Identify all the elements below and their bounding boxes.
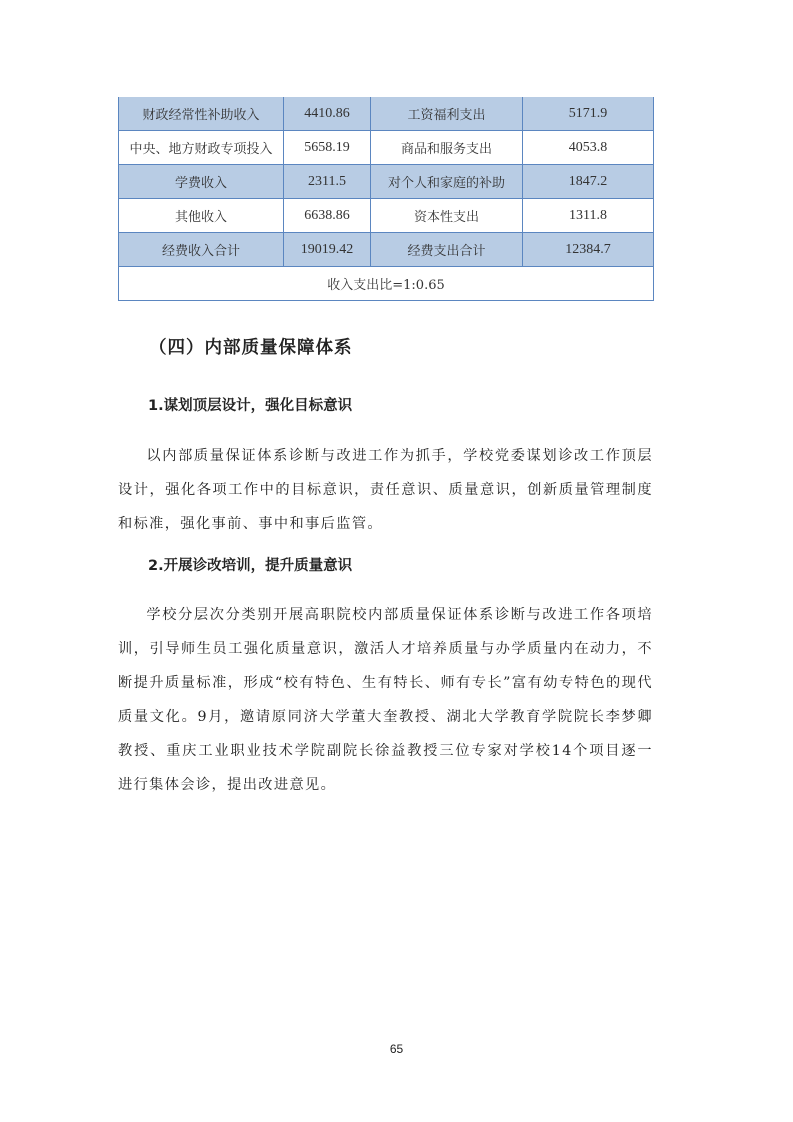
income-value: 2311.5 (284, 165, 371, 199)
expense-value: 4053.8 (523, 131, 654, 165)
table-row: 其他收入 6638.86 资本性支出 1311.8 (119, 199, 654, 233)
section-heading: （四）内部质量保障体系 (149, 334, 353, 359)
finance-table-container: 财政经常性补助收入 4410.86 工资福利支出 5171.9 中央、地方财政专… (118, 97, 653, 301)
income-label: 学费收入 (119, 165, 284, 199)
page-number: 65 (0, 1042, 793, 1056)
table-row-ratio: 收入支出比=1:0.65 (119, 267, 654, 301)
finance-table: 财政经常性补助收入 4410.86 工资福利支出 5171.9 中央、地方财政专… (118, 97, 654, 301)
expense-label: 资本性支出 (371, 199, 523, 233)
income-expense-ratio: 收入支出比=1:0.65 (119, 267, 654, 301)
expense-label: 工资福利支出 (371, 97, 523, 131)
income-total-value: 19019.42 (284, 233, 371, 267)
subsection-1-body: 以内部质量保证体系诊断与改进工作为抓手，学校党委谋划诊改工作顶层设计，强化各项工… (118, 439, 653, 541)
table-row: 财政经常性补助收入 4410.86 工资福利支出 5171.9 (119, 97, 654, 131)
income-value: 4410.86 (284, 97, 371, 131)
income-value: 6638.86 (284, 199, 371, 233)
subsection-2-body: 学校分层次分类别开展高职院校内部质量保证体系诊断与改进工作各项培训，引导师生员工… (118, 598, 653, 802)
expense-total-label: 经费支出合计 (371, 233, 523, 267)
income-value: 5658.19 (284, 131, 371, 165)
income-total-label: 经费收入合计 (119, 233, 284, 267)
subsection-2-heading: 2.开展诊改培训，提升质量意识 (148, 554, 352, 575)
income-label: 其他收入 (119, 199, 284, 233)
paragraph: 学校分层次分类别开展高职院校内部质量保证体系诊断与改进工作各项培训，引导师生员工… (118, 598, 653, 802)
paragraph: 以内部质量保证体系诊断与改进工作为抓手，学校党委谋划诊改工作顶层设计，强化各项工… (118, 439, 653, 541)
expense-value: 1311.8 (523, 199, 654, 233)
income-label: 中央、地方财政专项投入 (119, 131, 284, 165)
expense-total-value: 12384.7 (523, 233, 654, 267)
table-row: 中央、地方财政专项投入 5658.19 商品和服务支出 4053.8 (119, 131, 654, 165)
expense-label: 对个人和家庭的补助 (371, 165, 523, 199)
income-label: 财政经常性补助收入 (119, 97, 284, 131)
expense-value: 5171.9 (523, 97, 654, 131)
expense-label: 商品和服务支出 (371, 131, 523, 165)
expense-value: 1847.2 (523, 165, 654, 199)
table-row-total: 经费收入合计 19019.42 经费支出合计 12384.7 (119, 233, 654, 267)
table-row: 学费收入 2311.5 对个人和家庭的补助 1847.2 (119, 165, 654, 199)
subsection-1-heading: 1.谋划顶层设计，强化目标意识 (148, 394, 352, 415)
